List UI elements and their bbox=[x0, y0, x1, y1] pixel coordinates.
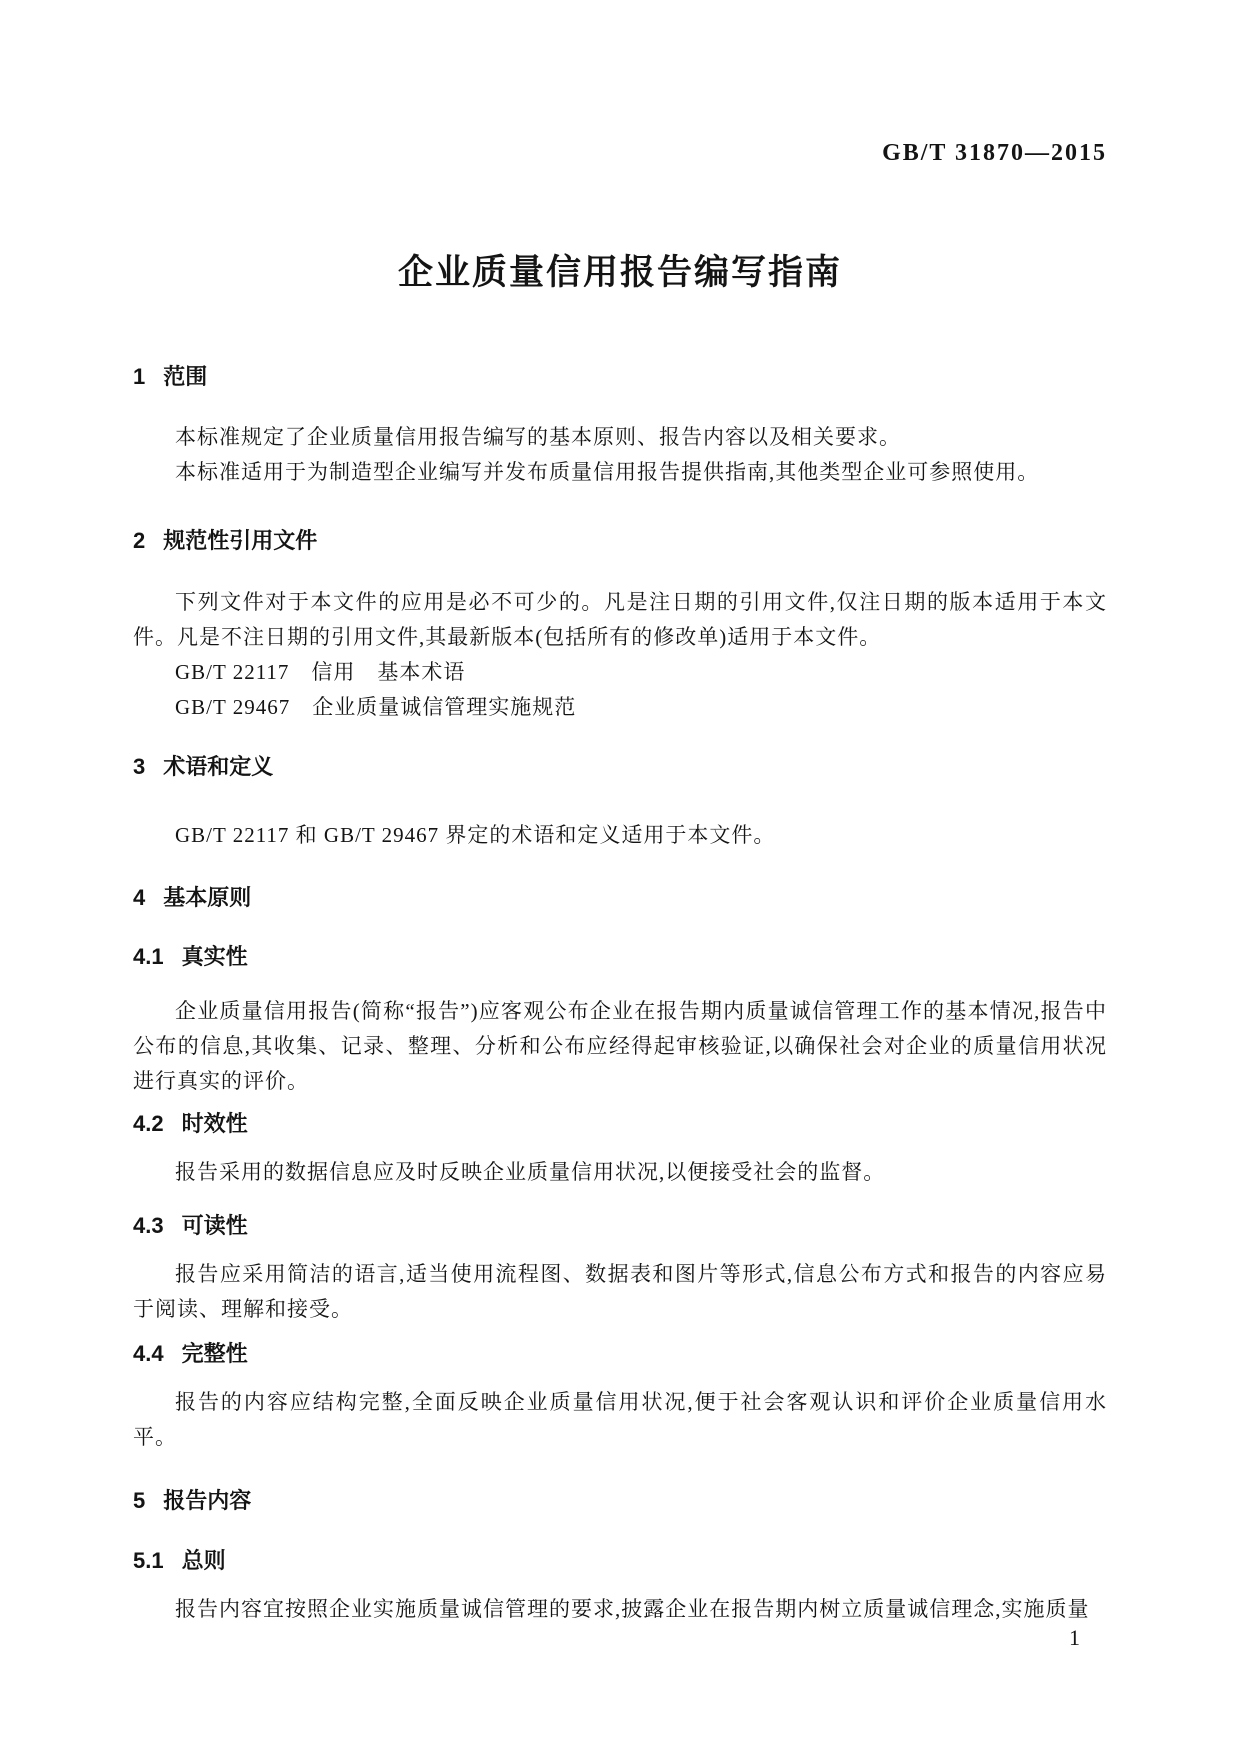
reference-entry: GB/T 22117 信用 基本术语 bbox=[133, 655, 1107, 690]
paragraph: 本标准规定了企业质量信用报告编写的基本原则、报告内容以及相关要求。 bbox=[133, 420, 1107, 455]
section-number: 4.1 bbox=[133, 945, 164, 969]
subsection-heading-authenticity: 4.1真实性 bbox=[133, 945, 1107, 969]
section-title: 基本原则 bbox=[163, 885, 251, 910]
section-number: 1 bbox=[133, 365, 145, 389]
subsection-heading-general: 5.1总则 bbox=[133, 1549, 1107, 1573]
section-number: 4.4 bbox=[133, 1342, 164, 1366]
section-number: 4 bbox=[133, 886, 145, 910]
paragraph: 下列文件对于本文件的应用是必不可少的。凡是注日期的引用文件,仅注日期的版本适用于… bbox=[133, 585, 1107, 655]
section-title: 范围 bbox=[163, 364, 207, 389]
subsection-heading-timeliness: 4.2时效性 bbox=[133, 1112, 1107, 1136]
section-title: 完整性 bbox=[182, 1341, 248, 1366]
section-number: 2 bbox=[133, 529, 145, 553]
paragraph: 报告采用的数据信息应及时反映企业质量信用状况,以便接受社会的监督。 bbox=[133, 1155, 1107, 1190]
section-title: 时效性 bbox=[182, 1111, 248, 1136]
section-title: 可读性 bbox=[182, 1213, 248, 1238]
document-title: 企业质量信用报告编写指南 bbox=[133, 255, 1107, 291]
section-heading-basic-principles: 4基本原则 bbox=[133, 886, 1107, 910]
subsection-heading-completeness: 4.4完整性 bbox=[133, 1342, 1107, 1366]
section-heading-report-content: 5报告内容 bbox=[133, 1489, 1107, 1513]
paragraph: 企业质量信用报告(简称“报告”)应客观公布企业在报告期内质量诚信管理工作的基本情… bbox=[133, 994, 1107, 1099]
subsection-heading-readability: 4.3可读性 bbox=[133, 1214, 1107, 1238]
section-number: 3 bbox=[133, 755, 145, 779]
section-number: 5.1 bbox=[133, 1549, 164, 1573]
section-heading-scope: 1范围 bbox=[133, 365, 1107, 389]
page-number: 1 bbox=[1069, 1626, 1080, 1650]
section-heading-terms-definitions: 3术语和定义 bbox=[133, 755, 1107, 779]
page-content: GB/T 31870—2015 企业质量信用报告编写指南 1范围 本标准规定了企… bbox=[133, 0, 1107, 1627]
section-number: 5 bbox=[133, 1489, 145, 1513]
section-title: 规范性引用文件 bbox=[163, 528, 317, 553]
section-number: 4.2 bbox=[133, 1112, 164, 1136]
section-number: 4.3 bbox=[133, 1214, 164, 1238]
standard-code: GB/T 31870—2015 bbox=[133, 141, 1107, 165]
section-title: 报告内容 bbox=[163, 1488, 251, 1513]
paragraph: 报告内容宜按照企业实施质量诚信管理的要求,披露企业在报告期内树立质量诚信理念,实… bbox=[133, 1592, 1107, 1627]
reference-entry: GB/T 29467 企业质量诚信管理实施规范 bbox=[133, 690, 1107, 725]
paragraph: GB/T 22117 和 GB/T 29467 界定的术语和定义适用于本文件。 bbox=[133, 818, 1107, 853]
paragraph: 报告应采用简洁的语言,适当使用流程图、数据表和图片等形式,信息公布方式和报告的内… bbox=[133, 1257, 1107, 1327]
section-title: 总则 bbox=[182, 1548, 226, 1573]
paragraph: 本标准适用于为制造型企业编写并发布质量信用报告提供指南,其他类型企业可参照使用。 bbox=[133, 455, 1107, 490]
section-title: 真实性 bbox=[182, 944, 248, 969]
paragraph: 报告的内容应结构完整,全面反映企业质量信用状况,便于社会客观认识和评价企业质量信… bbox=[133, 1385, 1107, 1455]
section-heading-normative-references: 2规范性引用文件 bbox=[133, 529, 1107, 553]
section-title: 术语和定义 bbox=[163, 754, 273, 779]
document-page: GB/T 31870—2015 企业质量信用报告编写指南 1范围 本标准规定了企… bbox=[0, 0, 1240, 1754]
